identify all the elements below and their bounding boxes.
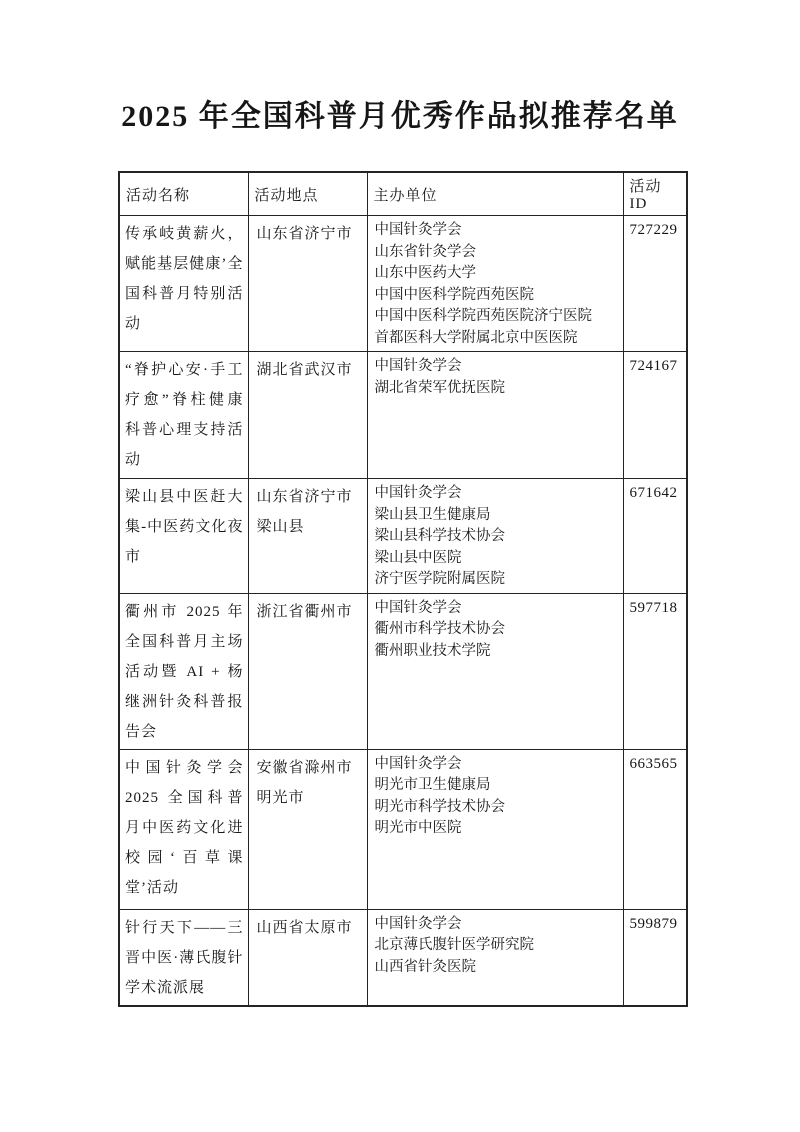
activity-id: 727229 xyxy=(630,220,683,242)
activity-location-cell: 湖北省武汉市 xyxy=(248,352,367,479)
activity-id-cell: 597718 xyxy=(623,593,687,749)
activity-id-cell: 663565 xyxy=(623,749,687,909)
activity-name: 衢州市 2025 年全国科普月主场活动暨 AI + 杨继洲针灸科普报告会 xyxy=(125,597,244,747)
page-title: 2025 年全国科普月优秀作品拟推荐名单 xyxy=(0,91,800,135)
organizer-line: 明光市卫生健康局 xyxy=(375,775,619,797)
activity-location: 山西省太原市 xyxy=(257,913,363,943)
activity-name-cell: 传承岐黄薪火，赋能基层健康’全国科普月特别活动 xyxy=(119,216,248,352)
activity-location-cell: 山西省太原市 xyxy=(248,909,367,1006)
organizers-cell: 中国针灸学会 明光市卫生健康局 明光市科学技术协会 明光市中医院 xyxy=(367,749,623,909)
activity-location: 浙江省衢州市 xyxy=(257,597,363,627)
organizer-line: 中国针灸学会 xyxy=(375,598,619,620)
header-organizer: 主办单位 xyxy=(367,172,623,216)
table-row: 衢州市 2025 年全国科普月主场活动暨 AI + 杨继洲针灸科普报告会 浙江省… xyxy=(119,593,687,749)
organizer-line: 中国针灸学会 xyxy=(375,754,619,776)
organizer-line: 明光市中医院 xyxy=(375,818,619,840)
activity-name-cell: “脊护心安·手工疗愈”脊柱健康科普心理支持活动 xyxy=(119,352,248,479)
header-activity-location: 活动地点 xyxy=(248,172,367,216)
activity-name: “脊护心安·手工疗愈”脊柱健康科普心理支持活动 xyxy=(125,355,244,475)
table-row: 梁山县中医赶大集-中医药文化夜市 山东省济宁市梁山县 中国针灸学会 梁山县卫生健… xyxy=(119,479,687,594)
organizer-line: 中国中医科学院西苑医院 xyxy=(375,285,619,307)
organizer-line: 中国中医科学院西苑医院济宁医院 xyxy=(375,306,619,328)
organizer-line: 中国针灸学会 xyxy=(375,220,619,242)
organizer-line: 山西省针灸医院 xyxy=(375,957,619,979)
organizer-line: 衢州市科学技术协会 xyxy=(375,619,619,641)
organizer-line: 中国针灸学会 xyxy=(375,483,619,505)
activity-table: 活动名称 活动地点 主办单位 活动 ID 传承岐黄薪火，赋能基层健康’全国科普月… xyxy=(118,171,688,1007)
organizers-cell: 中国针灸学会 湖北省荣军优抚医院 xyxy=(367,352,623,479)
activity-id: 663565 xyxy=(630,754,683,776)
activity-id-cell: 727229 xyxy=(623,216,687,352)
activity-name-cell: 针行天下——三晋中医·薄氏腹针学术流派展 xyxy=(119,909,248,1006)
activity-name-cell: 梁山县中医赶大集-中医药文化夜市 xyxy=(119,479,248,594)
table-header-row: 活动名称 活动地点 主办单位 活动 ID xyxy=(119,172,687,216)
activity-location-cell: 安徽省滁州市明光市 xyxy=(248,749,367,909)
organizer-line: 梁山县科学技术协会 xyxy=(375,526,619,548)
activity-id-cell: 599879 xyxy=(623,909,687,1006)
organizer-line: 济宁医学院附属医院 xyxy=(375,569,619,591)
header-activity-name: 活动名称 xyxy=(119,172,248,216)
activity-location: 湖北省武汉市 xyxy=(257,355,363,385)
table-row: 针行天下——三晋中医·薄氏腹针学术流派展 山西省太原市 中国针灸学会 北京薄氏腹… xyxy=(119,909,687,1006)
activity-location-cell: 山东省济宁市梁山县 xyxy=(248,479,367,594)
activity-name: 中国针灸学会 2025 全国科普月中医药文化进校园‘百草课堂’活动 xyxy=(125,753,244,903)
organizer-line: 中国针灸学会 xyxy=(375,914,619,936)
organizers-cell: 中国针灸学会 梁山县卫生健康局 梁山县科学技术协会 梁山县中医院 济宁医学院附属… xyxy=(367,479,623,594)
table-row: “脊护心安·手工疗愈”脊柱健康科普心理支持活动 湖北省武汉市 中国针灸学会 湖北… xyxy=(119,352,687,479)
organizer-line: 山东中医药大学 xyxy=(375,263,619,285)
activity-location-cell: 浙江省衢州市 xyxy=(248,593,367,749)
organizers-cell: 中国针灸学会 衢州市科学技术协会 衢州职业技术学院 xyxy=(367,593,623,749)
activity-name-cell: 中国针灸学会 2025 全国科普月中医药文化进校园‘百草课堂’活动 xyxy=(119,749,248,909)
organizer-line: 梁山县中医院 xyxy=(375,548,619,570)
activity-location: 山东省济宁市梁山县 xyxy=(257,482,363,542)
activity-name: 传承岐黄薪火，赋能基层健康’全国科普月特别活动 xyxy=(125,219,244,339)
activity-id: 599879 xyxy=(630,914,683,936)
activity-id-cell: 671642 xyxy=(623,479,687,594)
organizer-line: 山东省针灸学会 xyxy=(375,242,619,264)
organizer-line: 中国针灸学会 xyxy=(375,356,619,378)
organizer-line: 北京薄氏腹针医学研究院 xyxy=(375,935,619,957)
activity-location: 安徽省滁州市明光市 xyxy=(257,753,363,813)
organizers-cell: 中国针灸学会 山东省针灸学会 山东中医药大学 中国中医科学院西苑医院 中国中医科… xyxy=(367,216,623,352)
activity-id-cell: 724167 xyxy=(623,352,687,479)
organizer-line: 梁山县卫生健康局 xyxy=(375,505,619,527)
table-row: 传承岐黄薪火，赋能基层健康’全国科普月特别活动 山东省济宁市 中国针灸学会 山东… xyxy=(119,216,687,352)
header-activity-id: 活动 ID xyxy=(623,172,687,216)
organizer-line: 首都医科大学附属北京中医医院 xyxy=(375,328,619,350)
organizer-line: 衢州职业技术学院 xyxy=(375,641,619,663)
table-row: 中国针灸学会 2025 全国科普月中医药文化进校园‘百草课堂’活动 安徽省滁州市… xyxy=(119,749,687,909)
organizer-line: 明光市科学技术协会 xyxy=(375,797,619,819)
activity-name: 针行天下——三晋中医·薄氏腹针学术流派展 xyxy=(125,913,244,1003)
organizers-cell: 中国针灸学会 北京薄氏腹针医学研究院 山西省针灸医院 xyxy=(367,909,623,1006)
activity-name: 梁山县中医赶大集-中医药文化夜市 xyxy=(125,482,244,572)
organizer-line: 湖北省荣军优抚医院 xyxy=(375,378,619,400)
activity-location: 山东省济宁市 xyxy=(257,219,363,249)
activity-name-cell: 衢州市 2025 年全国科普月主场活动暨 AI + 杨继洲针灸科普报告会 xyxy=(119,593,248,749)
activity-id: 671642 xyxy=(630,483,683,505)
activity-id: 724167 xyxy=(630,356,683,378)
activity-location-cell: 山东省济宁市 xyxy=(248,216,367,352)
activity-id: 597718 xyxy=(630,598,683,620)
